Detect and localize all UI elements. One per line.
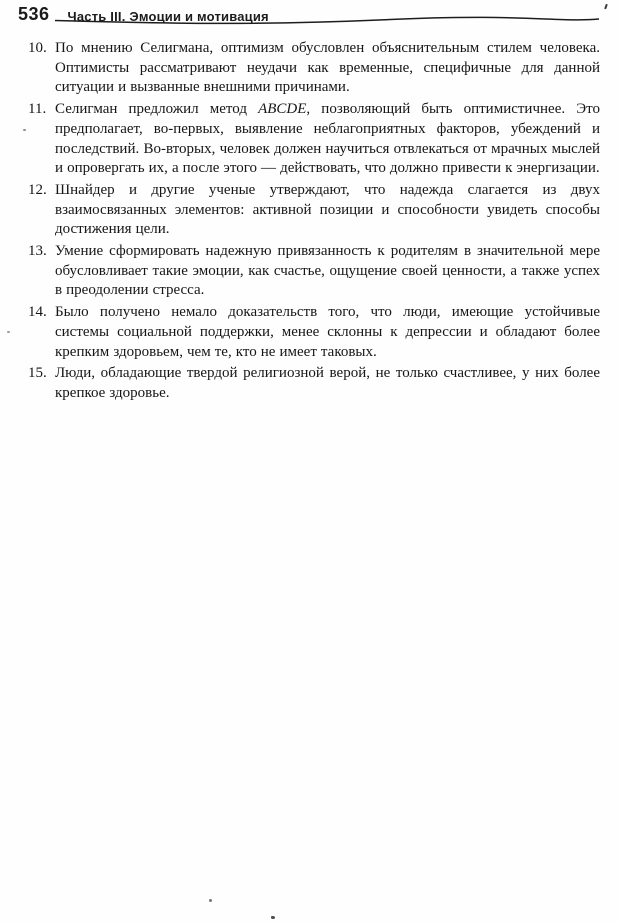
list-item: 12. Шнайдер и другие ученые утверждают, … [28, 181, 600, 240]
page-number: 536 [18, 4, 50, 25]
list-item: 11. Селигман предложил метод ABCDE, позв… [28, 100, 600, 179]
item-number: 11. [28, 100, 55, 179]
list-item: 10. По мнению Селигмана, оптимизм обусло… [28, 39, 600, 98]
scan-speck [7, 331, 10, 333]
item-text: Шнайдер и другие ученые утверждают, что … [55, 181, 600, 240]
item-number: 15. [28, 364, 55, 403]
list-item: 15. Люди, обладающие твердой религиозной… [28, 364, 600, 403]
summary-list: 10. По мнению Селигмана, оптимизм обусло… [28, 39, 600, 406]
item-text: Было получено немало доказательств того,… [55, 303, 600, 362]
item-number: 14. [28, 303, 55, 362]
list-item: 14. Было получено немало доказательств т… [28, 303, 600, 362]
scan-speck [209, 899, 212, 902]
item-text: Люди, обладающие твердой религиозной вер… [55, 364, 600, 403]
book-page: 536 Часть III. Эмоции и мотивация 10. По… [0, 0, 620, 923]
scan-speck [23, 129, 26, 131]
list-item: 13. Умение сформировать надежную привяза… [28, 242, 600, 301]
item-text: Умение сформировать надежную привязаннос… [55, 242, 600, 301]
item-number: 13. [28, 242, 55, 301]
running-head: 536 Часть III. Эмоции и мотивация [18, 4, 610, 25]
item-number: 10. [28, 39, 55, 98]
item-text-italic: ABCDE [258, 101, 306, 117]
item-text-segment: Селигман предложил метод [55, 101, 258, 117]
item-number: 12. [28, 181, 55, 240]
item-text: Селигман предложил метод ABCDE, позволяю… [55, 100, 600, 179]
item-text: По мнению Селигмана, оптимизм обусловлен… [55, 39, 600, 98]
scan-speck [271, 916, 275, 919]
chapter-title: Часть III. Эмоции и мотивация [68, 9, 269, 24]
